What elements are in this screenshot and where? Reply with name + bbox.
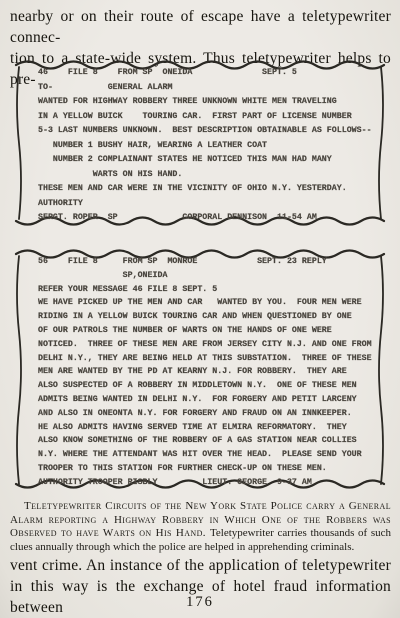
teletype-line: 56 FILE 8 FROM SP MONROE SEPT. 23 REPLY xyxy=(38,255,382,269)
body-line: vent crime. An instance of the applicati… xyxy=(10,555,391,576)
teletype-line: WANTED FOR HIGHWAY ROBBERY THREE UNKNOWN… xyxy=(38,95,382,110)
body-line: nearby or on their route of escape have … xyxy=(10,6,391,48)
teletype-line: 5-3 LAST NUMBERS UNKNOWN. BEST DESCRIPTI… xyxy=(38,124,382,139)
teletype-line: AUTHORITY xyxy=(38,197,382,212)
teletype-line: SERGT. ROPER SP CORPORAL DENNISON 11-54 … xyxy=(38,211,382,226)
teletype-message-1: 46 FILE 8 FROM SP ONEIDA SEPT. 5 TO- GEN… xyxy=(14,57,386,229)
teletype-line: ADMITS BEING WANTED IN DELHI N.Y. FOR FO… xyxy=(38,393,382,407)
figure-caption: Teletypewriter Circuits of the New York … xyxy=(10,500,391,554)
teletype-line: THESE MEN AND CAR WERE IN THE VICINITY O… xyxy=(38,182,382,197)
teletype-line: IN A YELLOW BUICK TOURING CAR. FIRST PAR… xyxy=(38,110,382,125)
teletype-text: 56 FILE 8 FROM SP MONROE SEPT. 23 REPLY … xyxy=(38,255,382,490)
teletype-line: AND ALSO IN ONEONTA N.Y. FOR FORGERY AND… xyxy=(38,407,382,421)
teletype-line: SP,ONEIDA xyxy=(38,269,382,283)
teletype-line: TO- GENERAL ALARM xyxy=(38,81,382,96)
teletype-line: REFER YOUR MESSAGE 46 FILE 8 SEPT. 5 xyxy=(38,283,382,297)
teletype-line: AUTHORITY TROOPER RISBLY LIEUT. GEORGE 9… xyxy=(38,476,382,490)
page-number: 176 xyxy=(0,594,400,611)
teletype-line: WARTS ON HIS HAND. xyxy=(38,168,382,183)
teletype-line: ALSO SUSPECTED OF A ROBBERY IN MIDDLETOW… xyxy=(38,379,382,393)
teletype-line: NUMBER 2 COMPLAINANT STATES HE NOTICED T… xyxy=(38,153,382,168)
teletype-line: TROOPER TO THIS STATION FOR FURTHER CHEC… xyxy=(38,462,382,476)
teletype-message-2: 56 FILE 8 FROM SP MONROE SEPT. 23 REPLY … xyxy=(14,246,386,492)
book-page: nearby or on their route of escape have … xyxy=(0,0,400,618)
teletype-line: HE ALSO ADMITS HAVING SERVED TIME AT ELM… xyxy=(38,421,382,435)
teletype-line: OF OUR PATROLS THE NUMBER OF WARTS ON TH… xyxy=(38,324,382,338)
teletype-line: N.Y. WHERE THE ATTENDANT WAS HIT OVER TH… xyxy=(38,448,382,462)
teletype-line: DELHI N.Y., THEY ARE BEING HELD AT THIS … xyxy=(38,352,382,366)
teletype-line: NUMBER 1 BUSHY HAIR, WEARING A LEATHER C… xyxy=(38,139,382,154)
teletype-line: ALSO KNOW SOMETHING OF THE ROBBERY OF A … xyxy=(38,434,382,448)
teletype-line: 46 FILE 8 FROM SP ONEIDA SEPT. 5 xyxy=(38,66,382,81)
teletype-line: WE HAVE PICKED UP THE MEN AND CAR WANTED… xyxy=(38,296,382,310)
teletype-line: NOTICED. THREE OF THESE MEN ARE FROM JER… xyxy=(38,338,382,352)
teletype-line: MEN ARE WANTED BY THE PD AT KEARNY N.J. … xyxy=(38,365,382,379)
teletype-text: 46 FILE 8 FROM SP ONEIDA SEPT. 5 TO- GEN… xyxy=(38,66,382,226)
teletype-line: RIDING IN A YELLOW BUICK TOURING CAR AND… xyxy=(38,310,382,324)
